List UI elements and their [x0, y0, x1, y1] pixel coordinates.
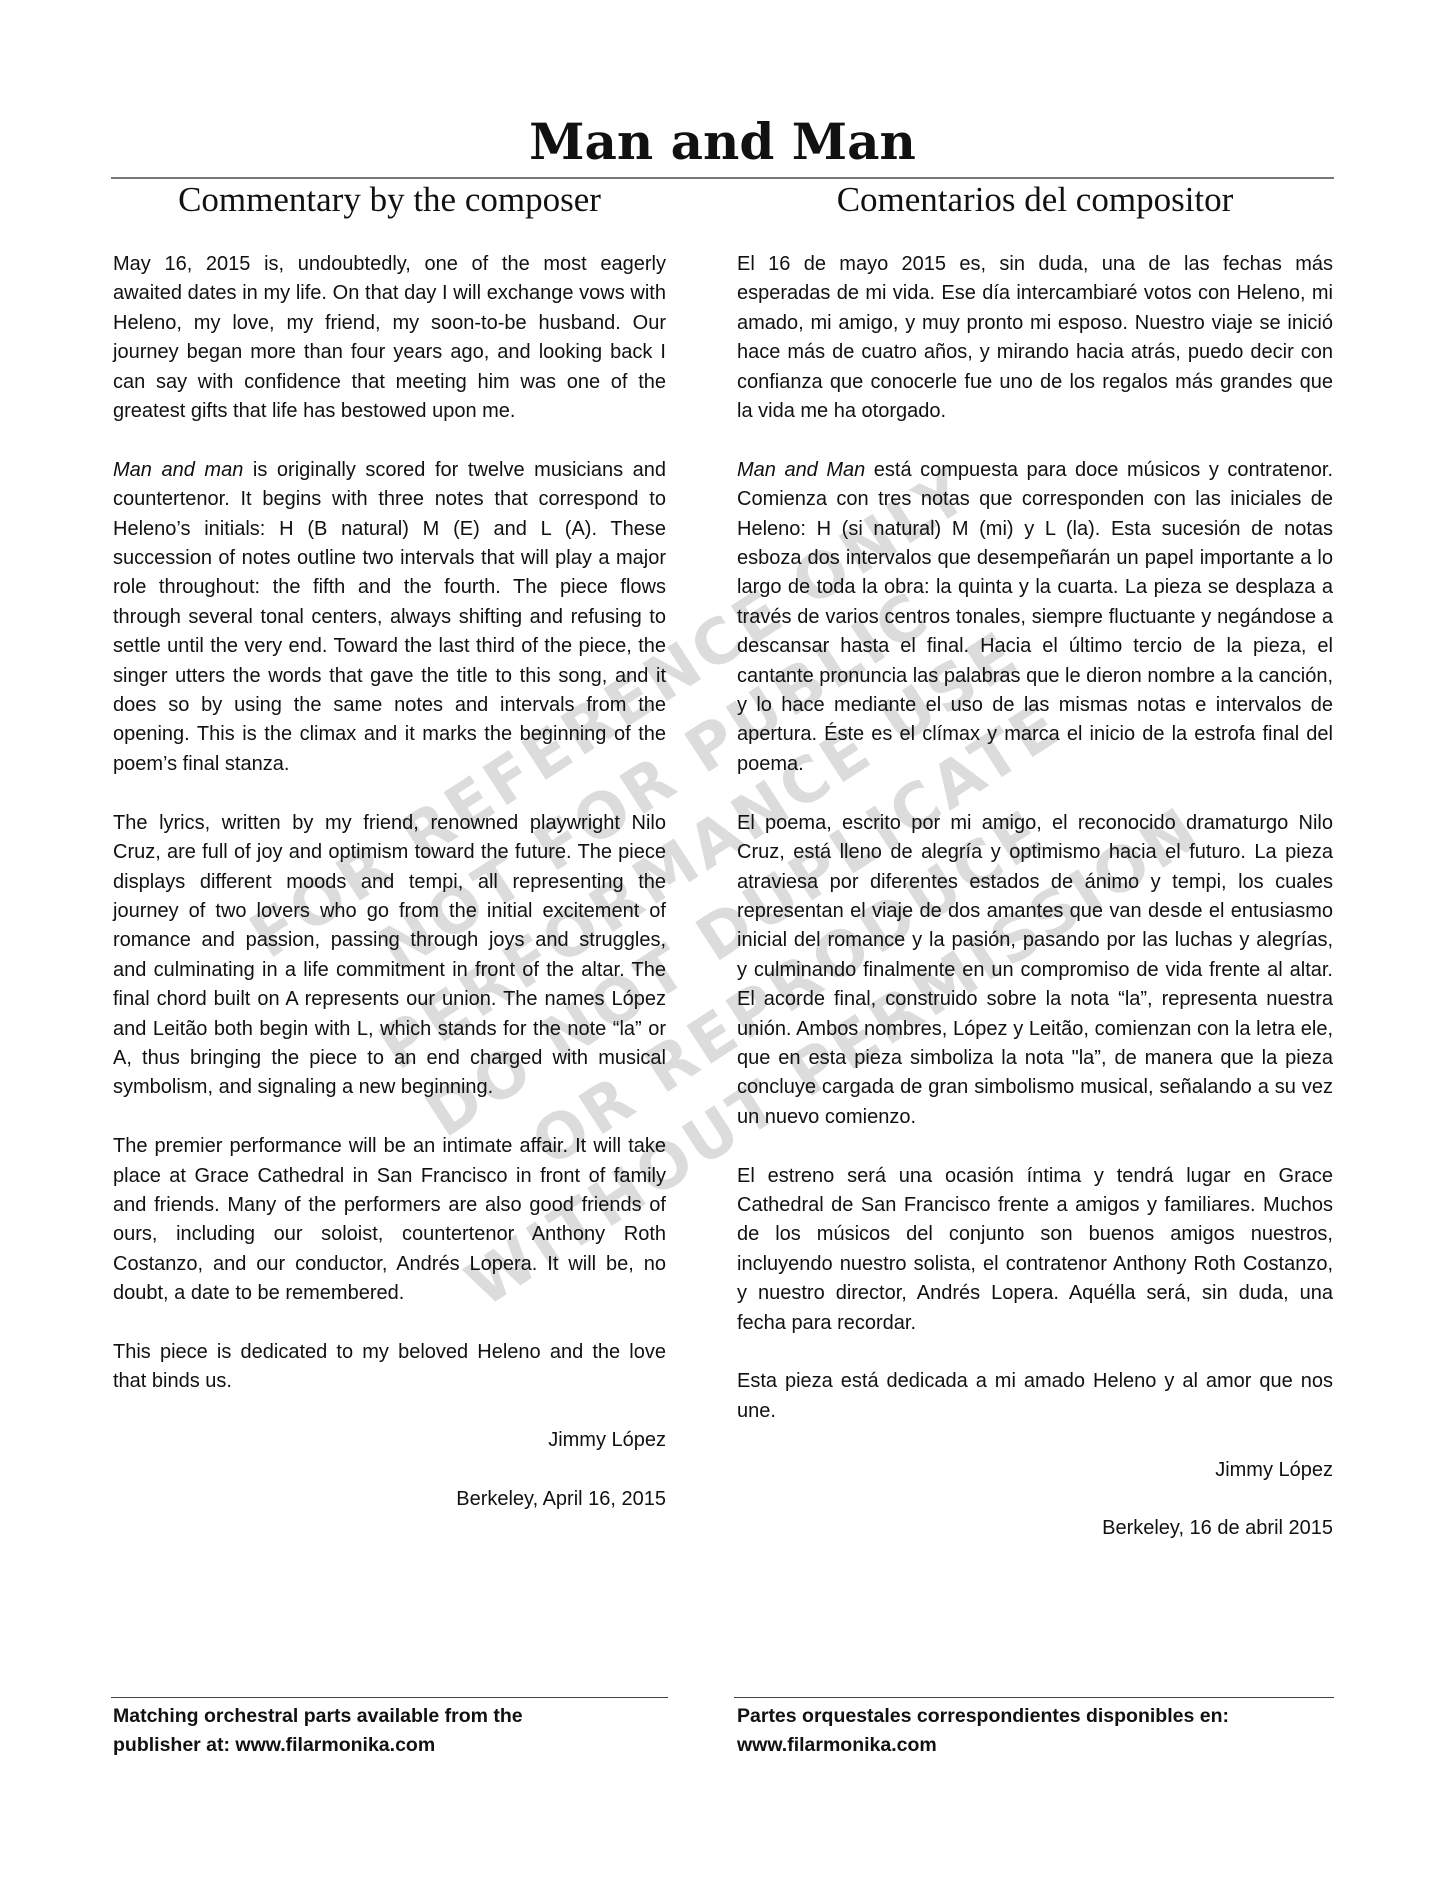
- spanish-heading: Comentarios del compositor: [737, 180, 1333, 220]
- english-place-date: Berkeley, April 16, 2015: [113, 1485, 666, 1514]
- paragraph-text: May 16, 2015 is, undoubtedly, one of the…: [113, 253, 666, 422]
- paragraph-text: El poema, escrito por mi amigo, el recon…: [737, 812, 1333, 1128]
- paragraph-text: The premier performance will be an intim…: [113, 1135, 666, 1304]
- english-paragraph-3: The lyrics, written by my friend, renown…: [113, 809, 666, 1103]
- english-heading: Commentary by the composer: [113, 180, 666, 220]
- title-divider: [111, 177, 1334, 179]
- spanish-paragraph-5: Esta pieza está dedicada a mi amado Hele…: [737, 1367, 1333, 1426]
- spanish-footer-note: Partes orquestales correspondientes disp…: [737, 1702, 1333, 1760]
- paragraph-text: Esta pieza está dedicada a mi amado Hele…: [737, 1370, 1333, 1421]
- footer-line: www.filarmonika.com: [737, 1731, 1333, 1760]
- paragraph-text: is originally scored for twelve musician…: [113, 459, 666, 775]
- spanish-paragraph-4: El estreno será una ocasión íntima y ten…: [737, 1162, 1333, 1338]
- paragraph-text: está compuesta para doce músicos y contr…: [737, 459, 1333, 775]
- spanish-signature: Jimmy López: [737, 1456, 1333, 1485]
- spanish-paragraph-1: El 16 de mayo 2015 es, sin duda, una de …: [737, 250, 1333, 426]
- spanish-paragraph-2: Man and Man está compuesta para doce mús…: [737, 456, 1333, 779]
- spanish-place-date: Berkeley, 16 de abril 2015: [737, 1514, 1333, 1543]
- english-footer-divider: [111, 1697, 668, 1698]
- english-column: May 16, 2015 is, undoubtedly, one of the…: [113, 250, 666, 1544]
- footer-line: Partes orquestales correspondientes disp…: [737, 1702, 1333, 1731]
- spanish-column: El 16 de mayo 2015 es, sin duda, una de …: [737, 250, 1333, 1573]
- english-paragraph-5: This piece is dedicated to my beloved He…: [113, 1338, 666, 1397]
- spanish-paragraph-3: El poema, escrito por mi amigo, el recon…: [737, 809, 1333, 1132]
- paragraph-text: The lyrics, written by my friend, renown…: [113, 812, 666, 1099]
- document-page: FOR REFERENCE ONLY NOT FOR PUBLIC PERFOR…: [0, 0, 1445, 1879]
- paragraph-text: This piece is dedicated to my beloved He…: [113, 1341, 666, 1392]
- footer-line: Matching orchestral parts available from…: [113, 1702, 666, 1731]
- english-paragraph-4: The premier performance will be an intim…: [113, 1132, 666, 1308]
- page-title: Man and Man: [0, 113, 1445, 171]
- footer-line: publisher at: www.filarmonika.com: [113, 1731, 666, 1760]
- spanish-footer-divider: [734, 1697, 1334, 1698]
- english-paragraph-1: May 16, 2015 is, undoubtedly, one of the…: [113, 250, 666, 426]
- english-footer-note: Matching orchestral parts available from…: [113, 1702, 666, 1760]
- paragraph-text: El 16 de mayo 2015 es, sin duda, una de …: [737, 253, 1333, 422]
- paragraph-text: El estreno será una ocasión íntima y ten…: [737, 1165, 1333, 1334]
- italic-lead: Man and man: [113, 459, 243, 481]
- english-paragraph-2: Man and man is originally scored for twe…: [113, 456, 666, 779]
- italic-lead: Man and Man: [737, 459, 865, 481]
- english-signature: Jimmy López: [113, 1426, 666, 1455]
